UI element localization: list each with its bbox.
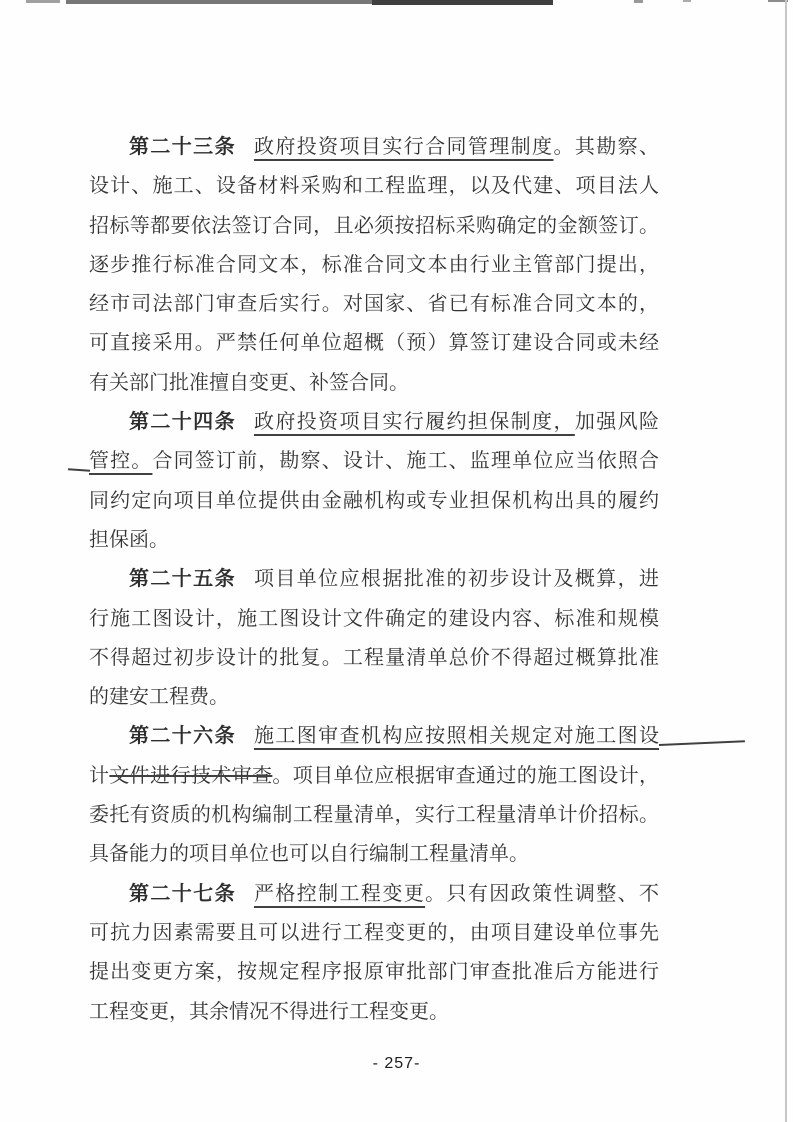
text-line: 管控。合同签订前，勘察、设计、施工、监理单位应当依照合 <box>89 442 659 481</box>
article-number: 第二十五条 <box>129 568 236 590</box>
text-line: 第二十六条施工图审查机构应按照相关规定对施工图设 <box>89 717 659 756</box>
text-line: 具备能力的项目单位也可以自行编制工程量清单。 <box>89 835 659 874</box>
scan-artifact-top <box>683 0 691 2</box>
text-line: 不得超过初步设计的批复。工程量清单总价不得超过概算批准 <box>89 639 659 678</box>
text-line: 担保函。 <box>89 521 659 560</box>
text-line: 第二十五条项目单位应根据批准的初步设计及概算，进 <box>89 560 659 599</box>
page-number: - 257- <box>0 1055 793 1073</box>
underlined-phrase: 政府投资项目实行履约担保制度， <box>254 411 575 433</box>
scan-artifact-top <box>768 0 788 2</box>
text-line: 可直接采用。严禁任何单位超概（预）算签订建设合同或未经 <box>89 324 659 363</box>
article-number: 第二十六条 <box>129 725 236 747</box>
text-run: 。项目单位应根据审查通过的施工图设计， <box>272 765 659 787</box>
underlined-phrase: 施工图审查机构应按照相关规定对施工图设 <box>254 725 659 747</box>
article-number: 第二十三条 <box>129 136 236 158</box>
article-25: 第二十五条项目单位应根据批准的初步设计及概算，进 行施工图设计，施工图设计文件确… <box>89 560 659 717</box>
text-line: 计文件进行技术审查。项目单位应根据审查通过的施工图设计， <box>89 757 659 796</box>
text-line: 的建安工程费。 <box>89 678 659 717</box>
text-run: 。只有因政策性调整、不 <box>425 883 659 905</box>
scanned-document-page: 第二十三条政府投资项目实行合同管理制度。其勘察、 设计、施工、设备材料采购和工程… <box>0 0 793 1122</box>
text-run: 加强风险 <box>575 411 659 433</box>
text-line: 可抗力因素需要且可以进行工程变更的，由项目建设单位事先 <box>89 914 659 953</box>
text-line: 行施工图设计，施工图设计文件确定的建设内容、标准和规模 <box>89 600 659 639</box>
text-line: 第二十三条政府投资项目实行合同管理制度。其勘察、 <box>89 128 659 167</box>
text-line: 经市司法部门审查后实行。对国家、省已有标准合同文本的， <box>89 285 659 324</box>
text-run: 项目单位应根据批准的初步设计及概算，进 <box>254 568 659 590</box>
scan-artifact-top <box>634 0 643 3</box>
text-line: 有关部门批准擅自变更、补签合同。 <box>89 364 659 403</box>
text-line: 逐步推行标准合同文本，标准合同文本由行业主管部门提出， <box>89 246 659 285</box>
text-line: 提出变更方案，按规定程序报原审批部门审查批准后方能进行 <box>89 953 659 992</box>
underlined-phrase: 管控。 <box>89 450 152 472</box>
underlined-phrase: 严格控制工程变更 <box>254 883 425 905</box>
struck-phrase: 文件进行技术审查 <box>109 765 272 787</box>
scan-artifact-top <box>66 0 372 4</box>
text-line: 委托有资质的机构编制工程量清单，实行工程量清单计价招标。 <box>89 796 659 835</box>
text-line: 同约定向项目单位提供由金融机构或专业担保机构出具的履约 <box>89 482 659 521</box>
article-number: 第二十七条 <box>129 883 236 905</box>
text-run: 合同签订前，勘察、设计、施工、监理单位应当依照合 <box>152 450 659 472</box>
scan-edge-line <box>785 0 787 1122</box>
text-line: 第二十七条严格控制工程变更。只有因政策性调整、不 <box>89 875 659 914</box>
text-line: 工程变更，其余情况不得进行工程变更。 <box>89 993 659 1032</box>
text-line: 设计、施工、设备材料采购和工程监理，以及代建、项目法人 <box>89 167 659 206</box>
article-24: 第二十四条政府投资项目实行履约担保制度，加强风险 管控。合同签订前，勘察、设计、… <box>89 403 659 560</box>
scan-artifact-top <box>26 0 60 3</box>
article-26: 第二十六条施工图审查机构应按照相关规定对施工图设 计文件进行技术审查。项目单位应… <box>89 717 659 874</box>
scan-artifact-top <box>372 0 553 5</box>
document-body: 第二十三条政府投资项目实行合同管理制度。其勘察、 设计、施工、设备材料采购和工程… <box>89 128 659 1032</box>
underlined-phrase: 政府投资项目实行合同管理制度 <box>254 136 553 158</box>
text-run: 。其勘察、 <box>553 136 659 158</box>
article-23: 第二十三条政府投资项目实行合同管理制度。其勘察、 设计、施工、设备材料采购和工程… <box>89 128 659 403</box>
text-line: 第二十四条政府投资项目实行履约担保制度，加强风险 <box>89 403 659 442</box>
article-number: 第二十四条 <box>129 411 236 433</box>
text-line: 招标等都要依法签订合同，且必须按招标采购确定的金额签订。 <box>89 207 659 246</box>
text-run: 计 <box>89 765 109 787</box>
article-27: 第二十七条严格控制工程变更。只有因政策性调整、不 可抗力因素需要且可以进行工程变… <box>89 875 659 1032</box>
